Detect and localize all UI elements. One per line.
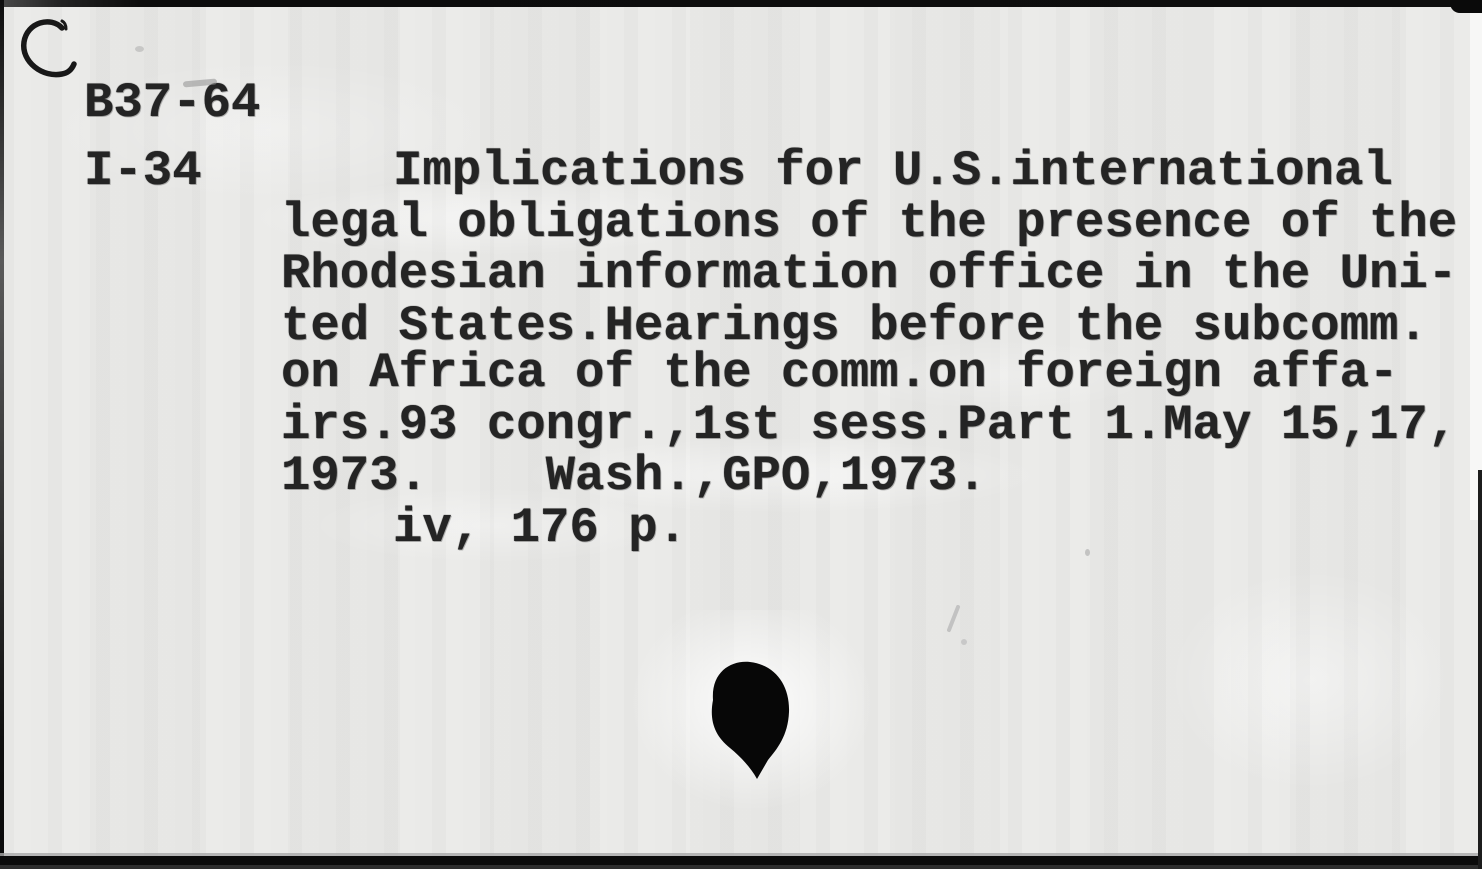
stray-mark-tick-icon — [944, 604, 974, 652]
entry-line-6: irs.93 congr.,1st sess.Part 1.May 15,17, — [281, 401, 1457, 450]
stray-mark-dot — [135, 46, 144, 52]
stray-mark-speck — [1085, 549, 1090, 556]
call-number-line-1: B37-64 — [84, 79, 260, 128]
scan-right-edge-strip — [1470, 8, 1482, 520]
entry-line-7: 1973. Wash.,GPO,1973. — [281, 452, 987, 501]
punch-hole-ink-blot-icon — [640, 618, 860, 803]
entry-line-5: on Africa of the comm.on foreign affa- — [281, 349, 1398, 398]
entry-line-3: Rhodesian information office in the Uni- — [281, 250, 1457, 299]
entry-line-8: iv, 176 p. — [393, 504, 687, 553]
scan-left-edge — [0, 0, 4, 869]
scanned-catalog-card: B37-64 I-34 Implications for U.S.interna… — [0, 0, 1482, 869]
entry-line-4: ted States.Hearings before the subcomm. — [281, 302, 1428, 351]
entry-line-1: Implications for U.S.international — [393, 147, 1393, 196]
scan-right-edge-line — [1478, 470, 1482, 869]
call-number-line-2: I-34 — [84, 147, 202, 196]
light-patch — [1170, 570, 1450, 790]
entry-line-2: legal obligations of the presence of the — [281, 199, 1457, 248]
scan-top-right-corner-mark — [1450, 0, 1482, 13]
scan-bottom-edge — [0, 856, 1482, 869]
handwritten-letter-c-icon — [15, 12, 95, 94]
scan-top-edge — [0, 0, 1482, 7]
